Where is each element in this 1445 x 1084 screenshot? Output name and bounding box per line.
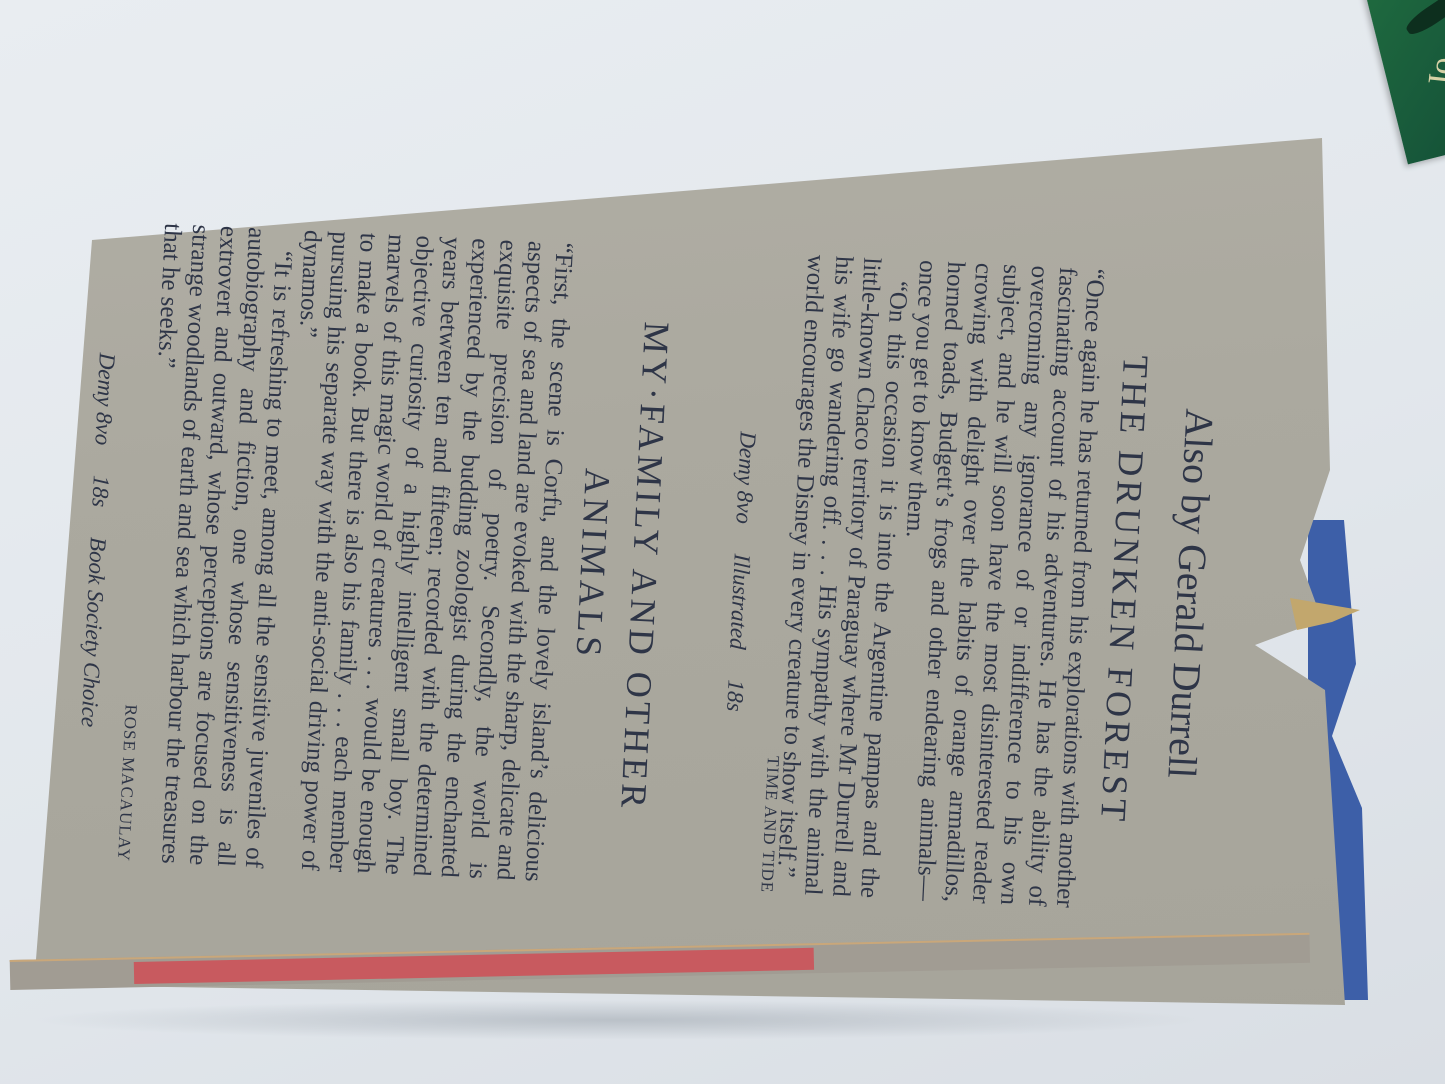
book-entry-drunken-forest: THE DRUNKEN FOREST “Once again he has re… xyxy=(712,251,1161,911)
book-illustrated: Illustrated xyxy=(724,553,755,650)
cover-illustration xyxy=(1403,0,1445,39)
green-book-corner: Jo Fa xyxy=(1362,0,1445,164)
green-book-letters-2: Fa xyxy=(1439,101,1445,139)
book-price: 18s xyxy=(86,475,114,508)
green-book-letters-1: Jo xyxy=(1421,55,1445,89)
jacket-text-block: Also by Gerald Durrell THE DRUNKEN FORES… xyxy=(120,222,1230,914)
review-paragraph: “Once again he has returned from his exp… xyxy=(882,260,1109,909)
book-format: Demy 8vo xyxy=(730,431,760,525)
review-paragraph: “First, the scene is Corfu, and the love… xyxy=(267,229,578,882)
cast-shadow xyxy=(26,1000,1206,1040)
book-format: Demy 8vo xyxy=(89,352,119,446)
book-price: 18s xyxy=(721,679,749,712)
book-entry-my-family: MY·FAMILY AND OTHER ANIMALS “First, the … xyxy=(69,220,682,888)
